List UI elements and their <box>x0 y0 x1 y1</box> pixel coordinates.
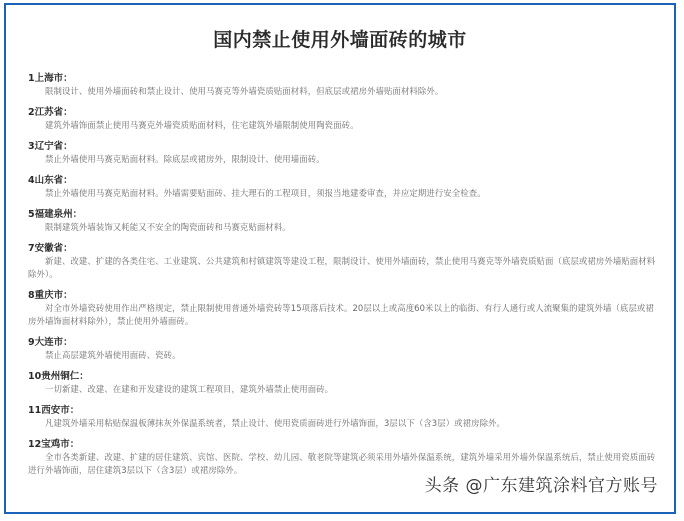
list-item: 7安徽省： 新建、改建、扩建的各类住宅、工业建筑、公共建筑和村镇建筑等建设工程，… <box>28 242 660 281</box>
list-item: 5福建泉州： 限制建筑外墙装饰又耗能又不安全的陶瓷面砖和马赛克贴面材料。 <box>28 208 660 234</box>
list-item: 11西安市： 凡建筑外墙采用粘贴保温板薄抹灰外保温系统者，禁止设计、使用瓷质面砖… <box>28 404 660 430</box>
item-body: 禁止高层建筑外墙使用面砖、瓷砖。 <box>28 349 660 362</box>
item-heading: 4山东省： <box>28 174 660 187</box>
item-body: 建筑外墙饰面禁止使用马赛克外墙瓷质贴面材料，住宅建筑外墙限制使用陶瓷面砖。 <box>28 119 660 132</box>
list-item: 2江苏省： 建筑外墙饰面禁止使用马赛克外墙瓷质贴面材料，住宅建筑外墙限制使用陶瓷… <box>28 106 660 132</box>
item-heading: 7安徽省： <box>28 242 660 255</box>
page-title: 国内禁止使用外墙面砖的城市 <box>6 25 674 52</box>
item-heading: 9大连市： <box>28 336 660 349</box>
item-heading: 10贵州铜仁： <box>28 370 660 383</box>
list-item: 1上海市： 限制设计、使用外墙面砖和禁止设计、使用马赛克等外墙瓷质贴面材料，但底… <box>28 72 660 98</box>
list-item: 3辽宁省： 禁止外墙使用马赛克贴面材料。除底层或裙房外，限制设计、使用墙面砖。 <box>28 140 660 166</box>
watermark: 头条 @广东建筑涂料官方账号 <box>425 471 658 496</box>
item-body: 凡建筑外墙采用粘贴保温板薄抹灰外保温系统者，禁止设计、使用瓷质面砖进行外墙饰面，… <box>28 417 660 430</box>
item-body: 禁止外墙使用马赛克贴面材料。外墙需要贴面砖、挂大理石的工程项目，须报当地建委审查… <box>28 187 660 200</box>
item-body: 禁止外墙使用马赛克贴面材料。除底层或裙房外，限制设计、使用墙面砖。 <box>28 153 660 166</box>
item-body: 新建、改建、扩建的各类住宅、工业建筑、公共建筑和村镇建筑等建设工程，限制设计、使… <box>28 255 660 281</box>
list-item: 9大连市： 禁止高层建筑外墙使用面砖、瓷砖。 <box>28 336 660 362</box>
item-body: 一切新建、改建、在建和开发建设的建筑工程项目，建筑外墙禁止使用面砖。 <box>28 383 660 396</box>
item-heading: 12宝鸡市： <box>28 438 660 451</box>
city-list: 1上海市： 限制设计、使用外墙面砖和禁止设计、使用马赛克等外墙瓷质贴面材料，但底… <box>28 72 660 485</box>
item-heading: 11西安市： <box>28 404 660 417</box>
list-item: 4山东省： 禁止外墙使用马赛克贴面材料。外墙需要贴面砖、挂大理石的工程项目，须报… <box>28 174 660 200</box>
item-body: 限制建筑外墙装饰又耗能又不安全的陶瓷面砖和马赛克贴面材料。 <box>28 221 660 234</box>
list-item: 8重庆市： 对全市外墙瓷砖使用作出严格规定，禁止限制使用普通外墙瓷砖等15项落后… <box>28 289 660 328</box>
item-heading: 8重庆市： <box>28 289 660 302</box>
item-heading: 1上海市： <box>28 72 660 85</box>
item-heading: 3辽宁省： <box>28 140 660 153</box>
item-heading: 2江苏省： <box>28 106 660 119</box>
item-body: 对全市外墙瓷砖使用作出严格规定，禁止限制使用普通外墙瓷砖等15项落后技术。20层… <box>28 302 660 328</box>
list-item: 10贵州铜仁： 一切新建、改建、在建和开发建设的建筑工程项目，建筑外墙禁止使用面… <box>28 370 660 396</box>
item-body: 限制设计、使用外墙面砖和禁止设计、使用马赛克等外墙瓷质贴面材料，但底层或裙房外墙… <box>28 85 660 98</box>
item-heading: 5福建泉州： <box>28 208 660 221</box>
document-frame: 国内禁止使用外墙面砖的城市 1上海市： 限制设计、使用外墙面砖和禁止设计、使用马… <box>4 3 676 514</box>
